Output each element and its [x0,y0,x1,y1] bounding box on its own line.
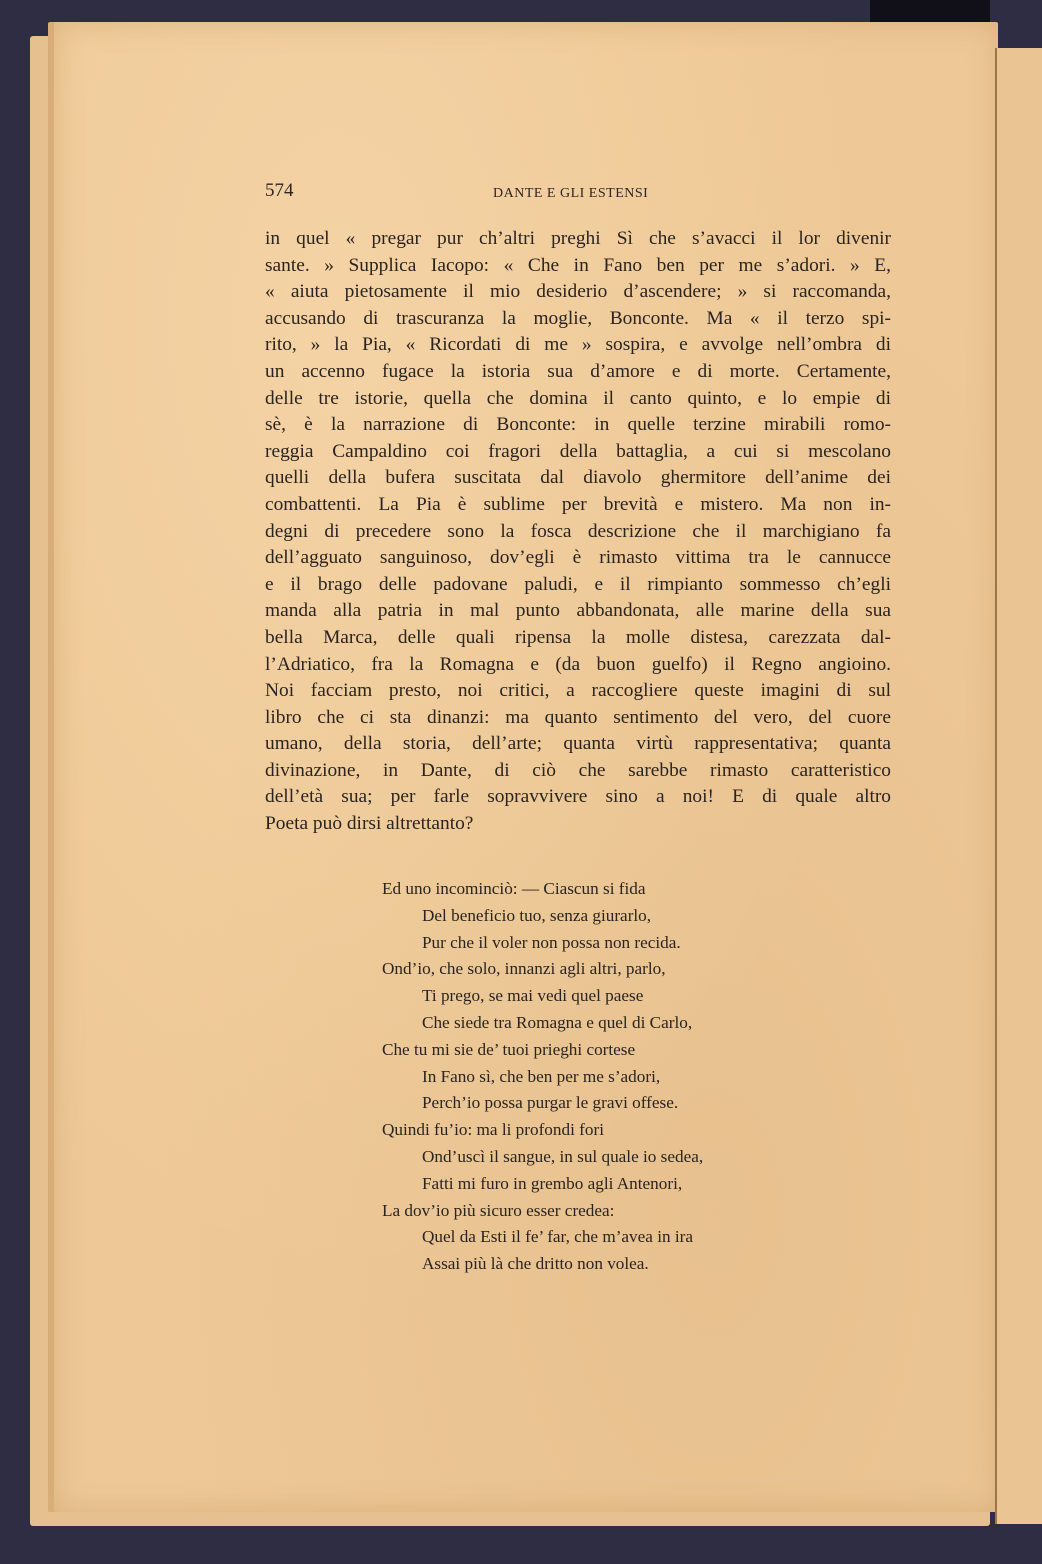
verse-line: Ond’uscì il sangue, in sul quale io sede… [382,1144,703,1171]
text-line: « aiuta pietosamente il mio desiderio d’… [265,279,891,306]
text-line: Noi facciam presto, noi critici, a racco… [265,678,891,705]
text-line: libro che ci sta dinanzi: ma quanto sent… [265,705,891,732]
text-line: Poeta può dirsi altrettanto? [265,811,891,838]
text-line: umano, della storia, dell’arte; quanta v… [265,731,891,758]
verse-line: Ti prego, se mai vedi quel paese [382,983,703,1010]
text-line: un accenno fugace la istoria sua d’amore… [265,359,891,386]
text-line: bella Marca, delle quali ripensa la moll… [265,625,891,652]
verse-line: Che tu mi sie de’ tuoi prieghi cortese [382,1037,703,1064]
text-line: in quel « pregar pur ch’altri preghi Sì … [265,226,891,253]
text-line: quelli della bufera suscitata dal diavol… [265,465,891,492]
text-line: divinazione, in Dante, di ciò che sarebb… [265,758,891,785]
text-line: dell’agguato sanguinoso, dov’egli è rima… [265,545,891,572]
running-head: DANTE E GLI ESTENSI [493,186,648,202]
text-line: manda alla patria in mal punto abbandona… [265,598,891,625]
verse-line: Quindi fu’io: ma li profondi fori [382,1117,703,1144]
verse-line: Che siede tra Romagna e quel di Carlo, [382,1010,703,1037]
text-line: delle tre istorie, quella che domina il … [265,386,891,413]
text-line: reggia Campaldino coi fragori della batt… [265,439,891,466]
verse-line: La dov’io più sicuro esser credea: [382,1198,703,1225]
text-line: e il brago delle padovane paludi, e il r… [265,572,891,599]
facing-page-edge [995,48,1042,1524]
text-line: combattenti. La Pia è sublime per brevit… [265,492,891,519]
prose-paragraph: in quel « pregar pur ch’altri preghi Sì … [265,226,891,838]
text-line: rito, » la Pia, « Ricordati di me » sosp… [265,332,891,359]
text-line: degni di precedere sono la fosca descriz… [265,519,891,546]
verse-line: Assai più là che dritto non volea. [382,1251,703,1278]
verse-line: Perch’io possa purgar le gravi offese. [382,1090,703,1117]
verse-line: Del beneficio tuo, senza giurarlo, [382,903,703,930]
page-number: 574 [265,180,294,202]
verse-line: Pur che il voler non possa non recida. [382,930,703,957]
verse-line: Quel da Esti il fe’ far, che m’avea in i… [382,1224,703,1251]
verse-line: Fatti mi furo in grembo agli Antenori, [382,1171,703,1198]
text-line: l’Adriatico, fra la Romagna e (da buon g… [265,652,891,679]
verse-line: Ed uno incominciò: — Ciascun si fida [382,876,703,903]
text-line: accusando di trascuranza la moglie, Bonc… [265,306,891,333]
verse-line: Ond’io, che solo, innanzi agli altri, pa… [382,956,703,983]
text-line: sè, è la narrazione di Bonconte: in quel… [265,412,891,439]
text-line: sante. » Supplica Iacopo: « Che in Fano … [265,253,891,280]
text-line: dell’età sua; per farle sopravvivere sin… [265,784,891,811]
page-header: 574 DANTE E GLI ESTENSI [265,180,890,204]
verse-quotation: Ed uno incominciò: — Ciascun si fida Del… [382,876,703,1278]
verse-line: In Fano sì, che ben per me s’adori, [382,1064,703,1091]
